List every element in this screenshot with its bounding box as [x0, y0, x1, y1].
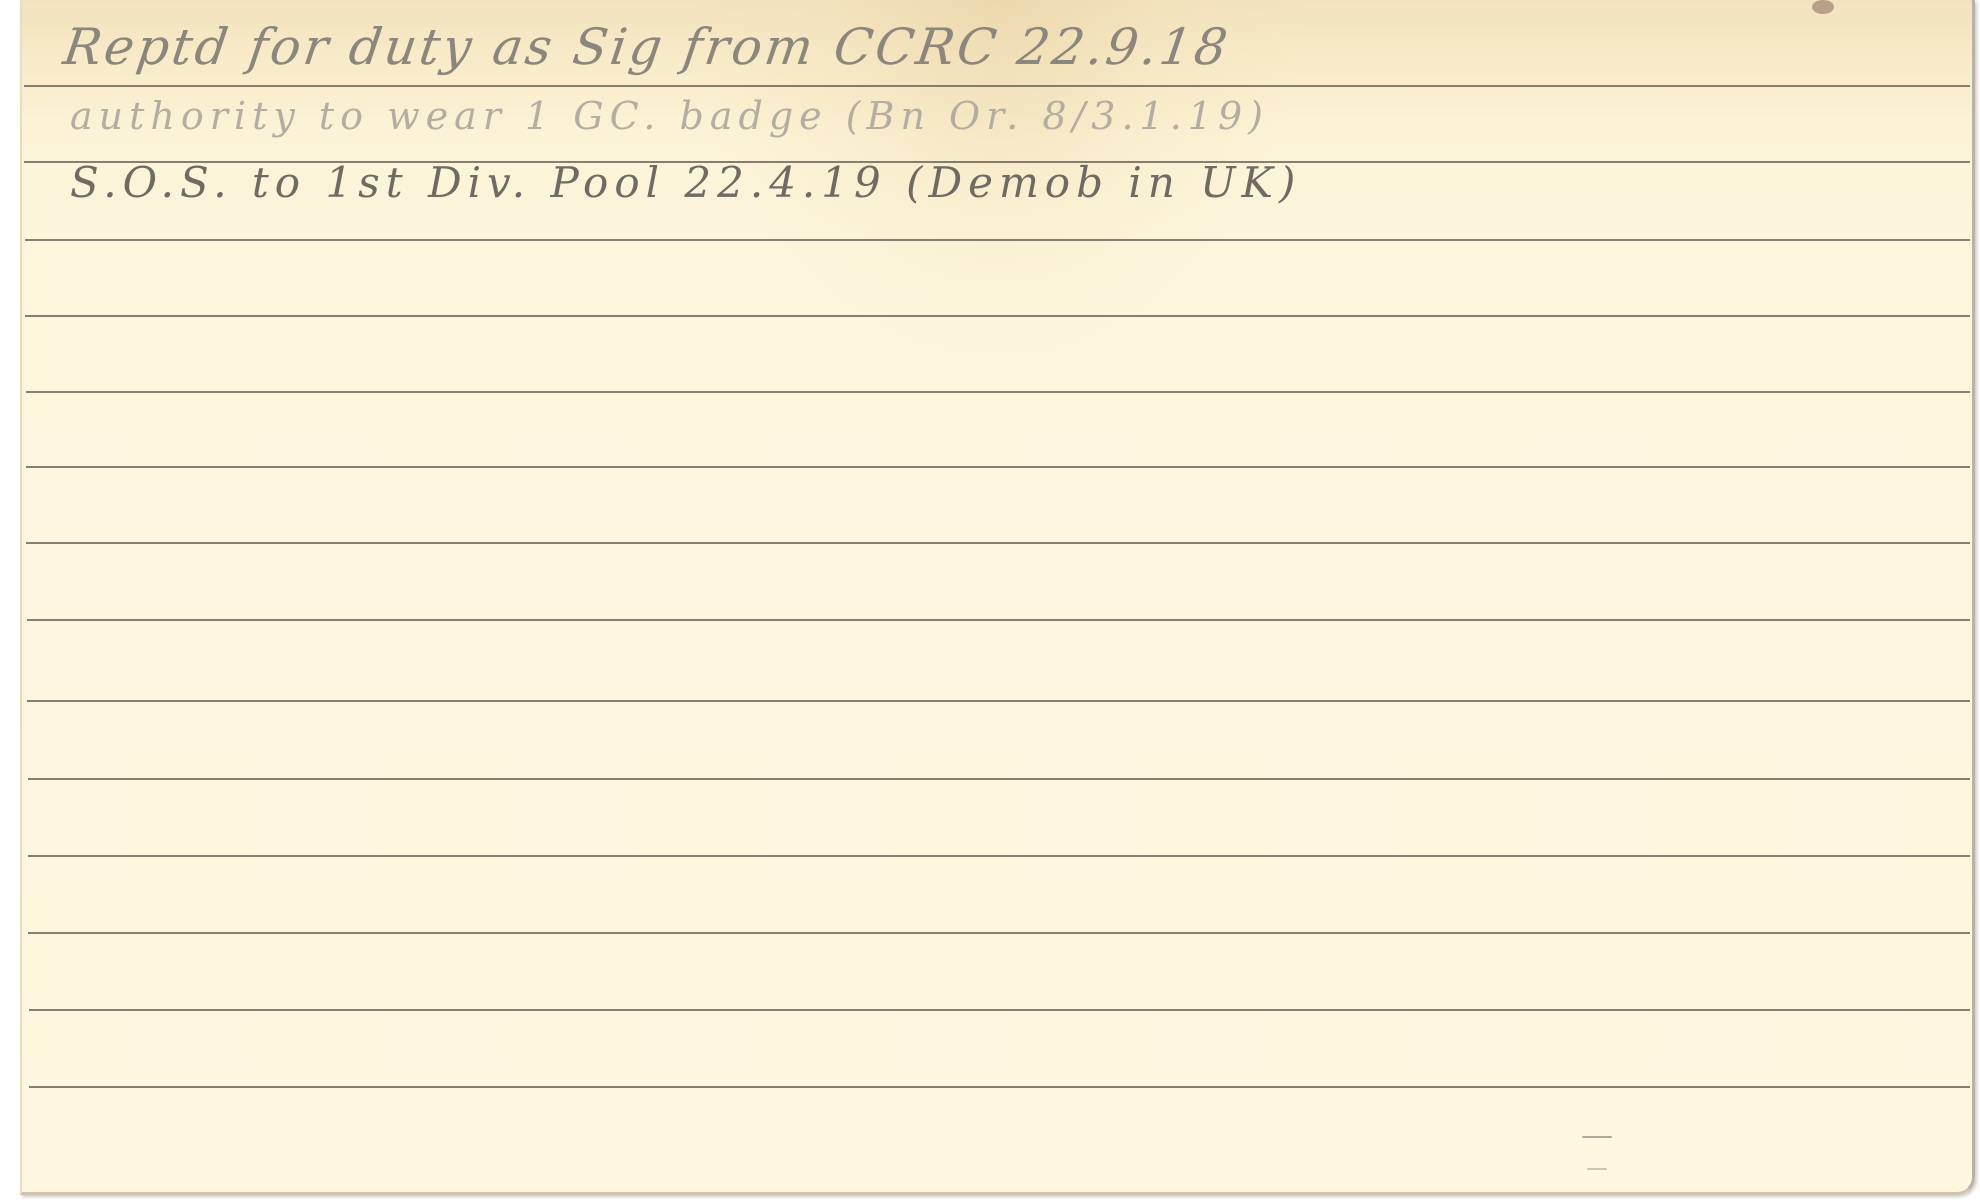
- pencil-mark: [1587, 1168, 1607, 1170]
- ruled-line: [27, 700, 1970, 702]
- ruled-line: [26, 391, 1970, 393]
- ruled-line: [28, 778, 1970, 780]
- ruled-line: [26, 542, 1970, 544]
- pencil-mark: [1582, 1136, 1612, 1138]
- entry-gc-badge-authority: authority to wear 1 GC. badge (Bn Or. 8/…: [70, 94, 1269, 138]
- ruled-line: [29, 1086, 1970, 1088]
- ruled-line: [29, 1009, 1970, 1011]
- entry-reported-for-duty: Reptd for duty as Sig from CCRC 22.9.18: [60, 18, 1234, 76]
- ruled-line: [24, 85, 1970, 87]
- entry-struck-off-strength: S.O.S. to 1st Div. Pool 22.4.19 (Demob i…: [70, 158, 1301, 207]
- ruled-line: [25, 239, 1970, 241]
- record-card: Reptd for duty as Sig from CCRC 22.9.18 …: [20, 0, 1975, 1195]
- ruled-line: [28, 932, 1970, 934]
- stain-mark: [1812, 0, 1834, 14]
- ruled-line: [25, 315, 1970, 317]
- ruled-line: [26, 466, 1970, 468]
- ruled-line: [28, 855, 1970, 857]
- ruled-line: [27, 619, 1970, 621]
- ruled-line: [24, 161, 1970, 163]
